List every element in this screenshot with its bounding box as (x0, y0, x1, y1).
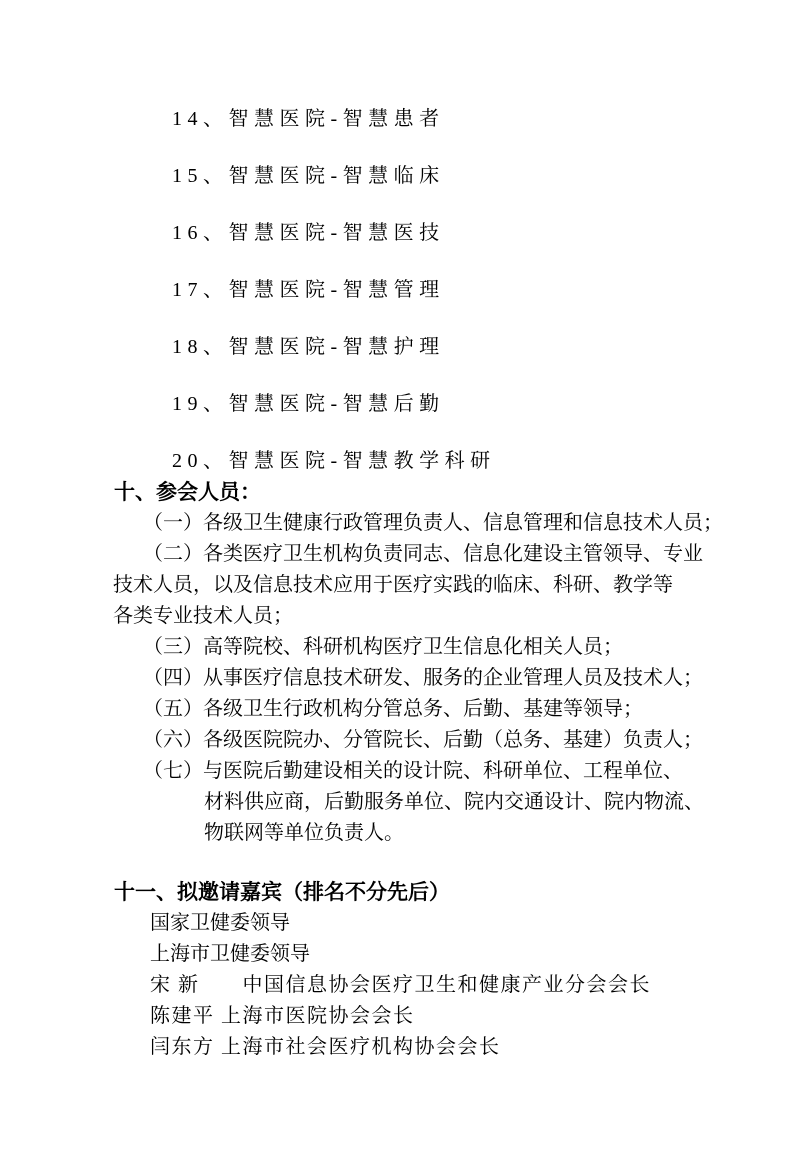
paragraph-line: （一）各级卫生健康行政管理负责人、信息管理和信息技术人员； (113, 508, 743, 539)
guest-line: 闫东方 上海市社会医疗机构协会会长 (150, 1032, 812, 1063)
paragraph-line: （六）各级医院院办、分管院长、后勤（总务、基建）负责人； (113, 725, 743, 756)
paragraph-line: （五）各级卫生行政机构分管总务、后勤、基建等领导； (113, 694, 743, 725)
guest-line: 宋 新 中国信息协会医疗卫生和健康产业分会会长 (150, 970, 812, 1001)
list-item: 19、智慧医院-智慧后勤 (0, 373, 812, 430)
document-page: 14、智慧医院-智慧患者 15、智慧医院-智慧临床 16、智慧医院-智慧医技 1… (0, 0, 812, 1164)
guest-line: 国家卫健委领导 (150, 908, 812, 939)
list-item: 16、智慧医院-智慧医技 (0, 202, 812, 259)
section-heading-participants: 十、参会人员： (0, 477, 812, 508)
paragraph-line: 技术人员，以及信息技术应用于医疗实践的临床、科研、教学等 (113, 570, 743, 601)
paragraph-line: （二）各类医疗卫生机构负责同志、信息化建设主管领导、专业 (113, 539, 743, 570)
paragraph-line: （四）从事医疗信息技术研发、服务的企业管理人员及技术人； (113, 663, 743, 694)
paragraph-line: 材料供应商，后勤服务单位、院内交通设计、院内物流、 (113, 787, 743, 818)
paragraph-line: 各类专业技术人员； (113, 601, 743, 632)
guest-line: 上海市卫健委领导 (150, 939, 812, 970)
section-heading-guests: 十一、拟邀请嘉宾（排名不分先后） (0, 877, 812, 908)
numbered-list: 14、智慧医院-智慧患者 15、智慧医院-智慧临床 16、智慧医院-智慧医技 1… (0, 0, 812, 487)
paragraph-line: （七）与医院后勤建设相关的设计院、科研单位、工程单位、 (113, 756, 743, 787)
list-item: 15、智慧医院-智慧临床 (0, 145, 812, 202)
guest-line: 陈建平 上海市医院协会会长 (150, 1001, 812, 1032)
paragraph-line: 物联网等单位负责人。 (113, 818, 743, 849)
paragraph-line: （三）高等院校、科研机构医疗卫生信息化相关人员； (113, 632, 743, 663)
list-item: 17、智慧医院-智慧管理 (0, 259, 812, 316)
list-item: 14、智慧医院-智慧患者 (0, 88, 812, 145)
list-item: 18、智慧医院-智慧护理 (0, 316, 812, 373)
